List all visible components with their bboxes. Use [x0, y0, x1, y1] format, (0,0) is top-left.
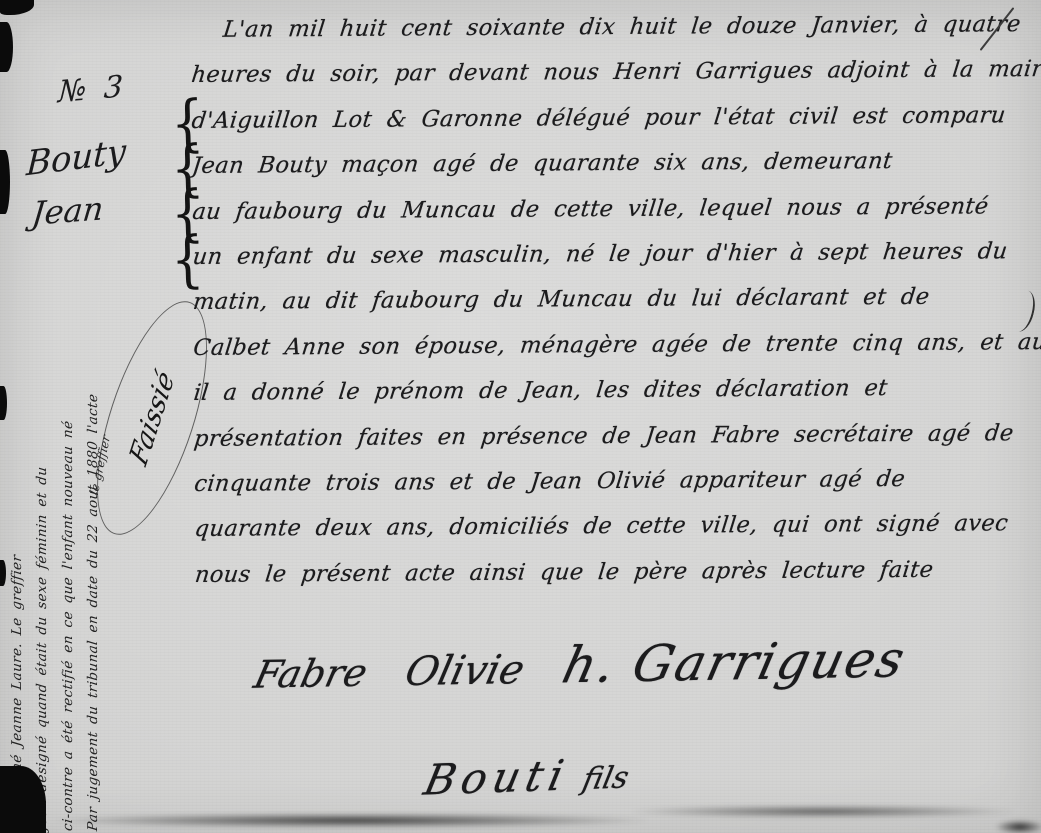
act-line: nous le présent acte ainsi que le père a…	[191, 556, 1041, 607]
record-number: № 3	[57, 69, 128, 110]
scan-artifact-left-edge	[0, 560, 6, 586]
act-line: Calbet Anne son épouse, ménagère agée de…	[190, 329, 1040, 380]
scan-artifact-left-edge	[0, 386, 7, 420]
scan-smear-bottom	[628, 805, 1018, 818]
act-text-body: L'an mil huit cent soixante dix huit le …	[190, 11, 1039, 607]
father-signature: Bouti	[420, 750, 574, 804]
act-line: Jean Bouty maçon agé de quarante six ans…	[188, 147, 1038, 198]
margin-firstname: Jean	[30, 189, 105, 232]
act-line: présentation faites en présence de Jean …	[190, 420, 1040, 471]
officer-signature-garrigues: h. Garrigues	[557, 630, 911, 694]
act-line: L'an mil huit cent soixante dix huit le …	[187, 11, 1037, 62]
note-line: ci-contre a été rectifié en ce que l'enf…	[60, 230, 76, 832]
act-line: heures du soir, par devant nous Henri Ga…	[188, 56, 1038, 107]
witness-signature-olivie: Olivie	[401, 647, 529, 695]
greffier-signature-text: Faissié	[124, 365, 180, 471]
act-line: cinquante trois ans et de Jean Olivié ap…	[191, 465, 1041, 516]
act-line: quarante deux ans, domiciliés de cette v…	[191, 510, 1041, 561]
scan-smear-bottom-right	[995, 820, 1041, 833]
note-line: Jean désigné quand était du sexe féminin…	[34, 230, 50, 832]
act-line: au faubourg du Muncau de cette ville, le…	[189, 193, 1039, 244]
note-line: Par jugement du tribunal en date du 22 a…	[85, 230, 101, 832]
register-page: № 3 Bouty Jean Par jugement du tribunal …	[0, 0, 1041, 833]
act-line: un enfant du sexe masculin, né le jour d…	[189, 238, 1039, 289]
father-signature-suffix: fils	[579, 760, 631, 797]
act-line: matin, au dit faubourg du Muncau du lui …	[189, 283, 1039, 334]
scan-artifact-left-edge	[0, 150, 10, 214]
margin-surname: Bouty	[25, 132, 127, 185]
act-line: d'Aiguillon Lot & Garonne délégué pour l…	[188, 102, 1038, 153]
margin-rectification-note: Par jugement du tribunal en date du 22 a…	[9, 231, 101, 831]
scan-smear-bottom	[52, 813, 652, 828]
witness-signature-fabre: Fabre	[250, 651, 372, 697]
signature-row: Fabre Olivie h. Garrigues	[255, 630, 906, 699]
act-line: il a donné le prénom de Jean, les dites …	[190, 374, 1040, 425]
note-line: prénommé Jeanne Laure. Le greffier	[9, 230, 25, 832]
scan-artifact-corner-top-left	[0, 0, 34, 15]
father-signature-row: Bouti fils	[424, 748, 628, 804]
scan-artifact-corner-top-left	[0, 22, 13, 72]
